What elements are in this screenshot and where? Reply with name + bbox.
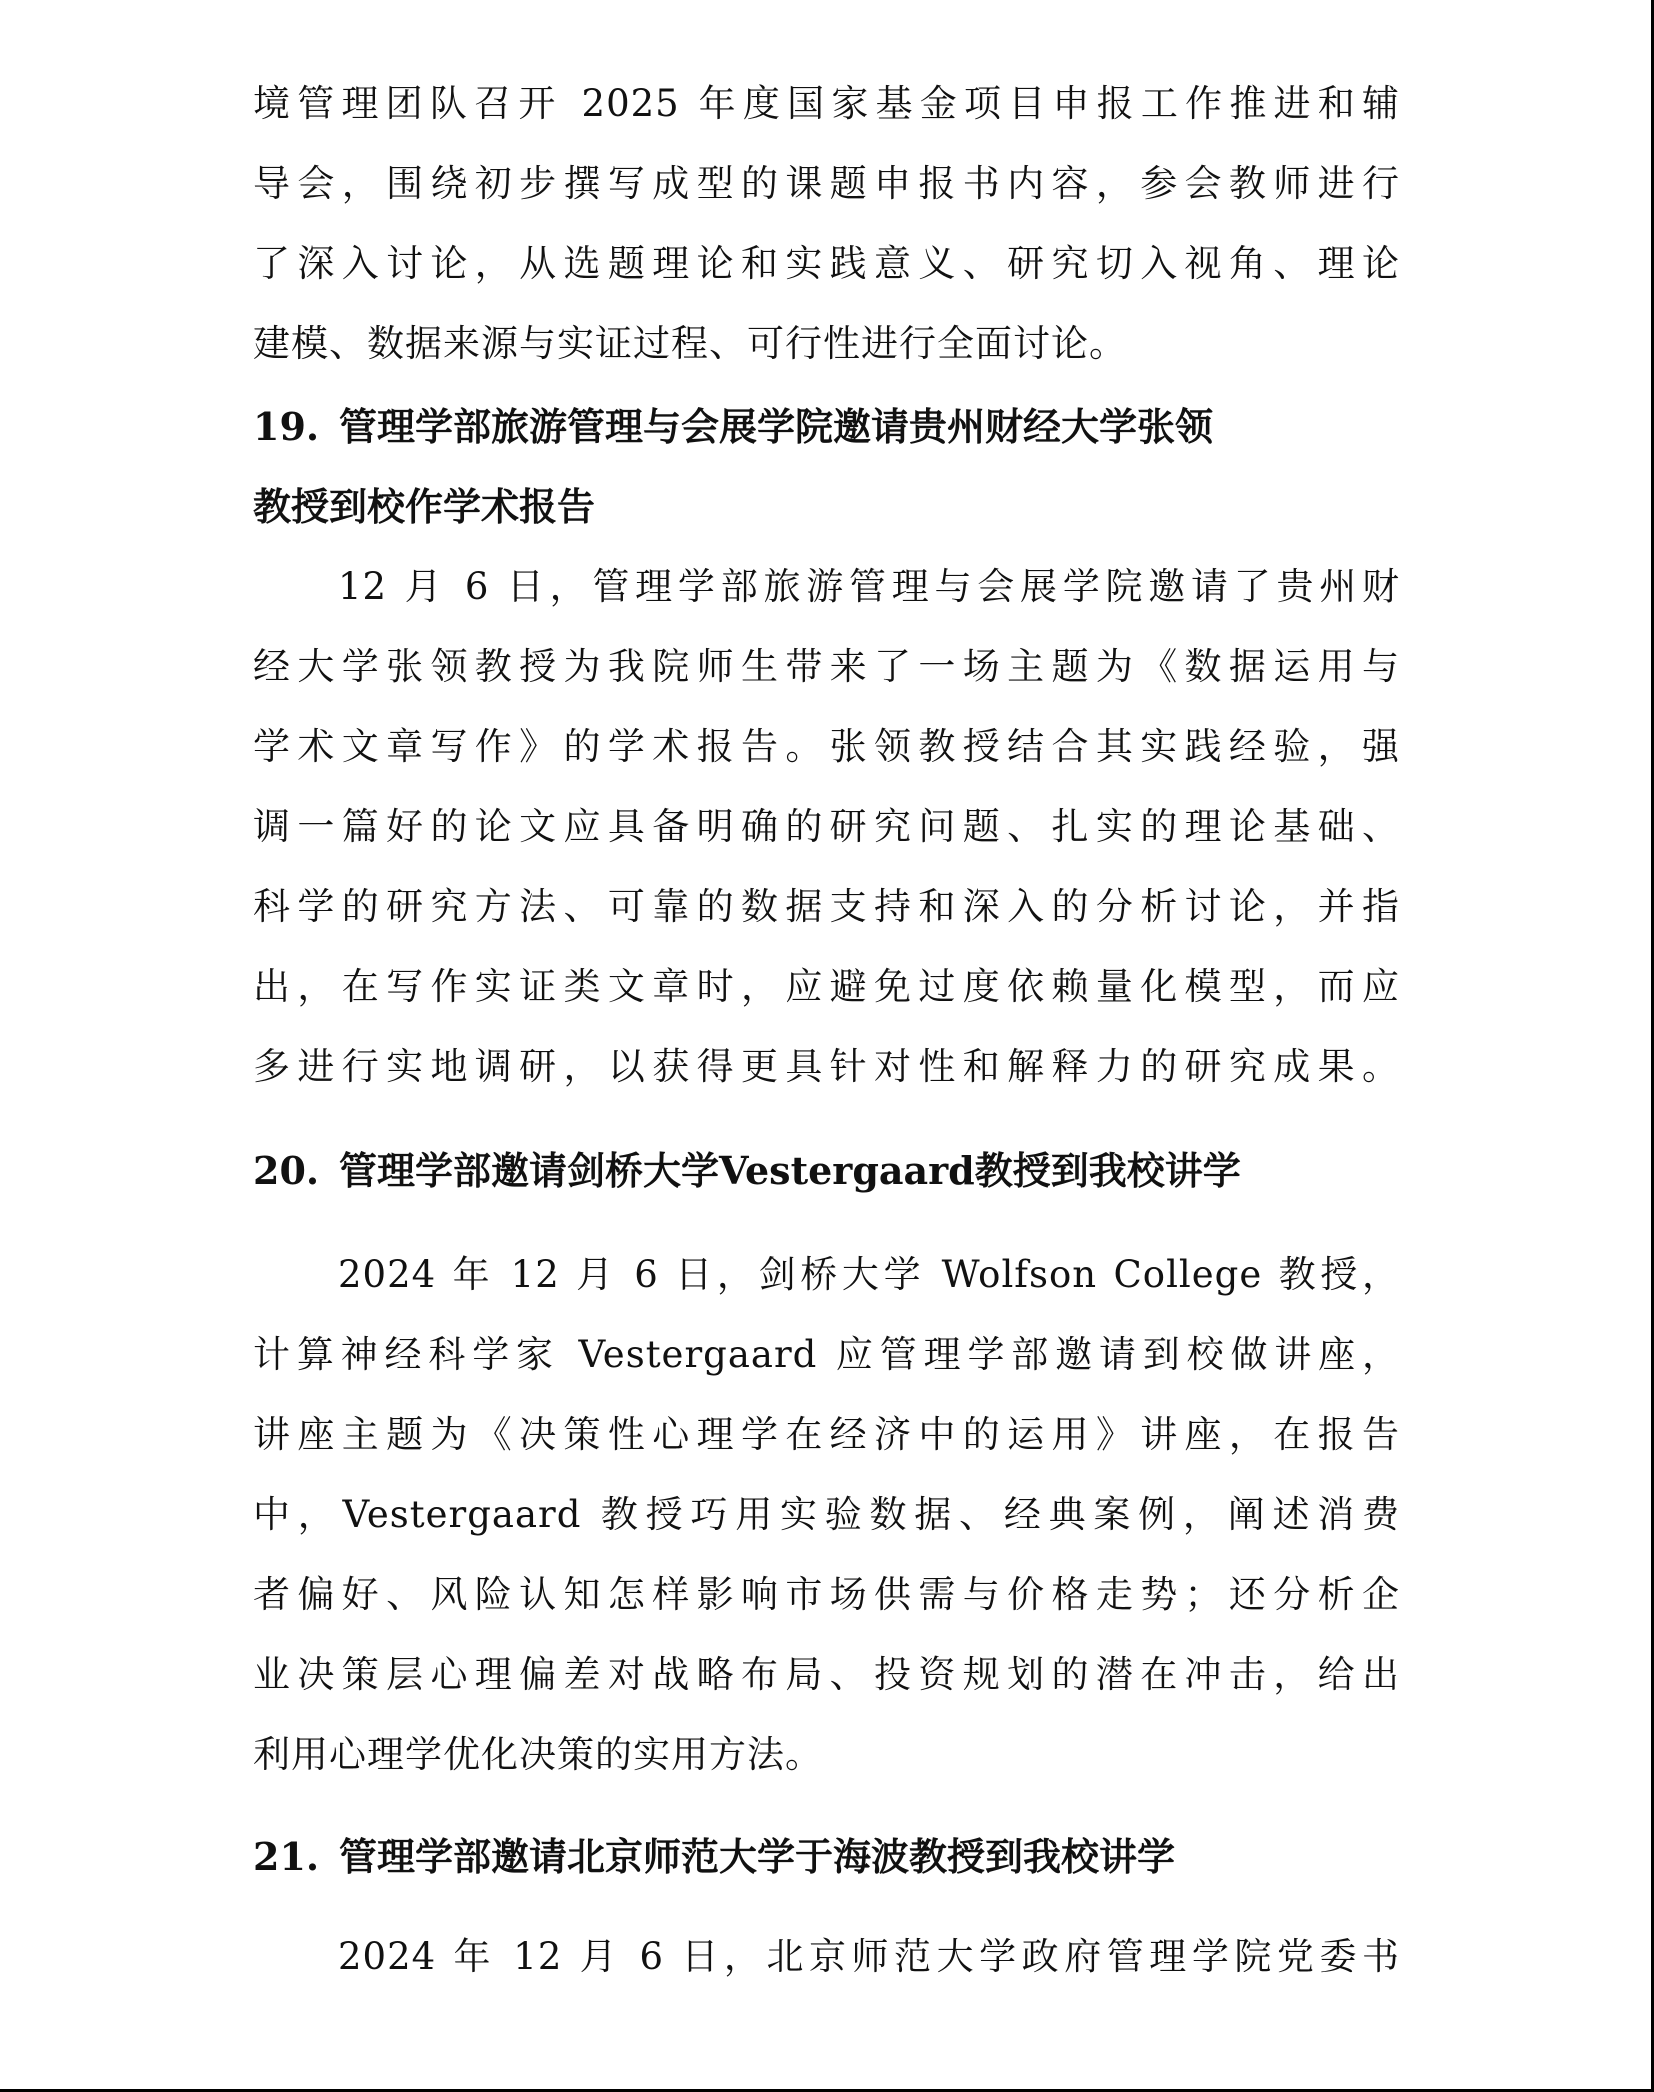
paragraph-line: 建模、数据来源与实证过程、可行性进行全面讨论。 — [253, 304, 1400, 384]
paragraph-line: 12 月 6 日，管理学部旅游管理与会展学院邀请了贵州财 — [338, 547, 1400, 627]
section-title: 管理学部邀请剑桥大学Vestergaard教授到我校讲学 — [339, 1148, 1241, 1193]
paragraph-line: 多进行实地调研，以获得更具针对性和解释力的研究成果。 — [253, 1027, 1400, 1107]
paragraph-line: 讲座主题为《决策性心理学在经济中的运用》讲座，在报告 — [253, 1395, 1400, 1475]
paragraph-line: 中，Vestergaard 教授巧用实验数据、经典案例，阐述消费 — [253, 1475, 1400, 1555]
section-heading: 21.管理学部邀请北京师范大学于海波教授到我校讲学 — [253, 1817, 1400, 1897]
section-title: 管理学部旅游管理与会展学院邀请贵州财经大学张领 — [339, 404, 1213, 449]
paragraph-line: 学术文章写作》的学术报告。张领教授结合其实践经验，强 — [253, 707, 1400, 787]
section-heading: 19.管理学部旅游管理与会展学院邀请贵州财经大学张领 — [253, 387, 1400, 467]
section-heading: 20.管理学部邀请剑桥大学Vestergaard教授到我校讲学 — [253, 1131, 1400, 1211]
paragraph-line: 科学的研究方法、可靠的数据支持和深入的分析讨论，并指 — [253, 867, 1400, 947]
paragraph-line: 境管理团队召开 2025 年度国家基金项目申报工作推进和辅 — [253, 64, 1400, 144]
section-number: 21. — [253, 1817, 339, 1897]
paragraph-line: 2024 年 12 月 6 日，北京师范大学政府管理学院党委书 — [338, 1917, 1400, 1997]
paragraph-line: 经大学张领教授为我院师生带来了一场主题为《数据运用与 — [253, 627, 1400, 707]
section-number: 19. — [253, 387, 339, 467]
paragraph-line: 了深入讨论，从选题理论和实践意义、研究切入视角、理论 — [253, 224, 1400, 304]
paragraph-line: 计算神经科学家 Vestergaard 应管理学部邀请到校做讲座， — [253, 1315, 1400, 1395]
section-number: 20. — [253, 1131, 339, 1211]
paragraph-line: 调一篇好的论文应具备明确的研究问题、扎实的理论基础、 — [253, 787, 1400, 867]
paragraph-line: 2024 年 12 月 6 日，剑桥大学 Wolfson College 教授， — [338, 1235, 1400, 1315]
paragraph-line: 利用心理学优化决策的实用方法。 — [253, 1715, 1400, 1795]
paragraph-line: 导会，围绕初步撰写成型的课题申报书内容，参会教师进行 — [253, 144, 1400, 224]
paragraph-line: 者偏好、风险认知怎样影响市场供需与价格走势；还分析企 — [253, 1555, 1400, 1635]
paragraph-line: 出，在写作实证类文章时，应避免过度依赖量化模型，而应 — [253, 947, 1400, 1027]
section-title: 管理学部邀请北京师范大学于海波教授到我校讲学 — [339, 1834, 1175, 1879]
paragraph-line: 业决策层心理偏差对战略布局、投资规划的潜在冲击，给出 — [253, 1635, 1400, 1715]
section-heading-cont: 教授到校作学术报告 — [253, 467, 1400, 547]
